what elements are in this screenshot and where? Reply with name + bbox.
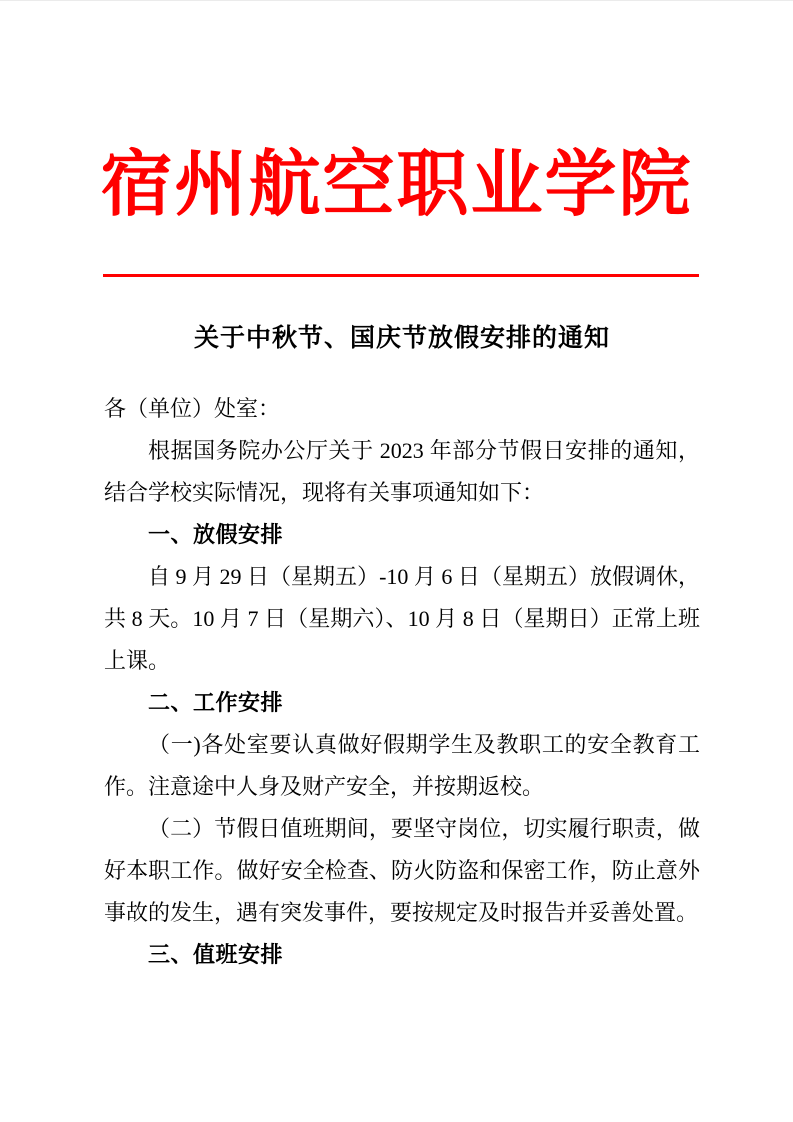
red-divider-line: [103, 274, 699, 277]
paragraph-holiday-dates: 自 9 月 29 日（星期五）-10 月 6 日（星期五）放假调休，共 8 天。…: [104, 556, 700, 682]
document-page: 宿州航空职业学院 关于中秋节、国庆节放假安排的通知 各（单位）处室： 根据国务院…: [0, 0, 793, 1122]
school-name-title: 宿州航空职业学院: [0, 139, 793, 231]
paragraph-work-item-1: （一)各处室要认真做好假期学生及教职工的安全教育工作。注意途中人身及财产安全，并…: [104, 724, 700, 808]
notice-title: 关于中秋节、国庆节放假安排的通知: [104, 322, 700, 356]
paragraph-intro: 根据国务院办公厅关于 2023 年部分节假日安排的通知，结合学校实际情况，现将有…: [104, 430, 700, 514]
notice-body: 各（单位）处室： 根据国务院办公厅关于 2023 年部分节假日安排的通知，结合学…: [104, 388, 700, 976]
section-heading-duty: 三、值班安排: [104, 934, 700, 976]
section-heading-work: 二、工作安排: [104, 682, 700, 724]
paragraph-work-item-2: （二）节假日值班期间，要坚守岗位，切实履行职责，做好本职工作。做好安全检查、防火…: [104, 808, 700, 934]
section-heading-holiday: 一、放假安排: [104, 514, 700, 556]
salutation: 各（单位）处室：: [104, 388, 700, 430]
